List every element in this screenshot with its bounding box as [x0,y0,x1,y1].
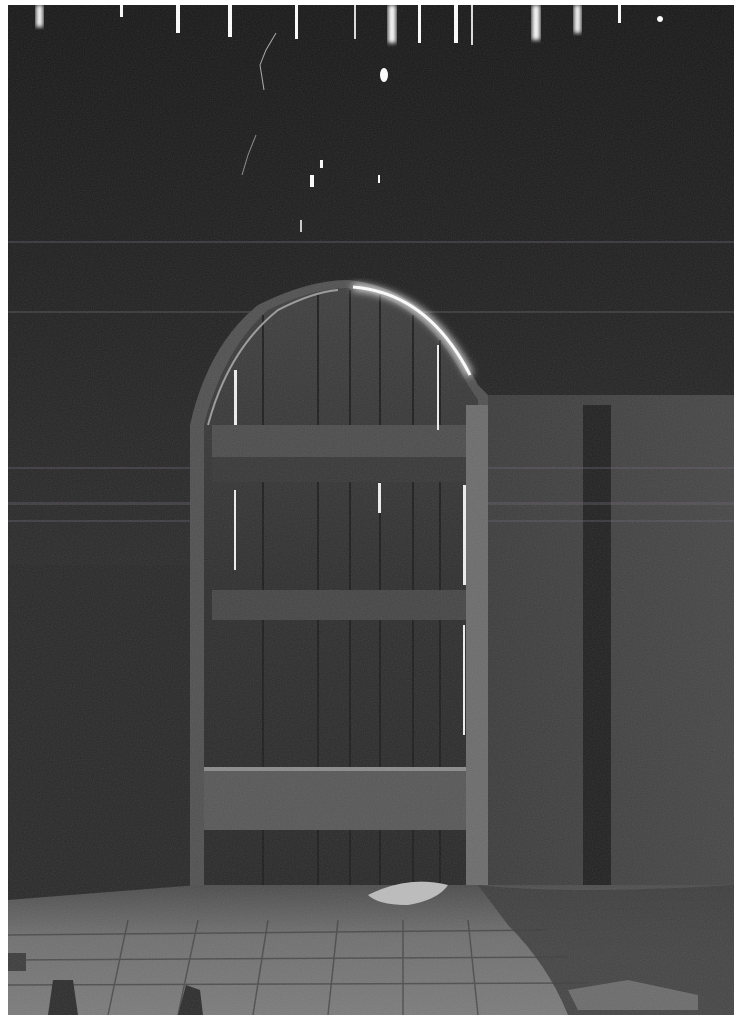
photograph [8,5,734,1015]
barn-door-scene [8,5,734,1015]
